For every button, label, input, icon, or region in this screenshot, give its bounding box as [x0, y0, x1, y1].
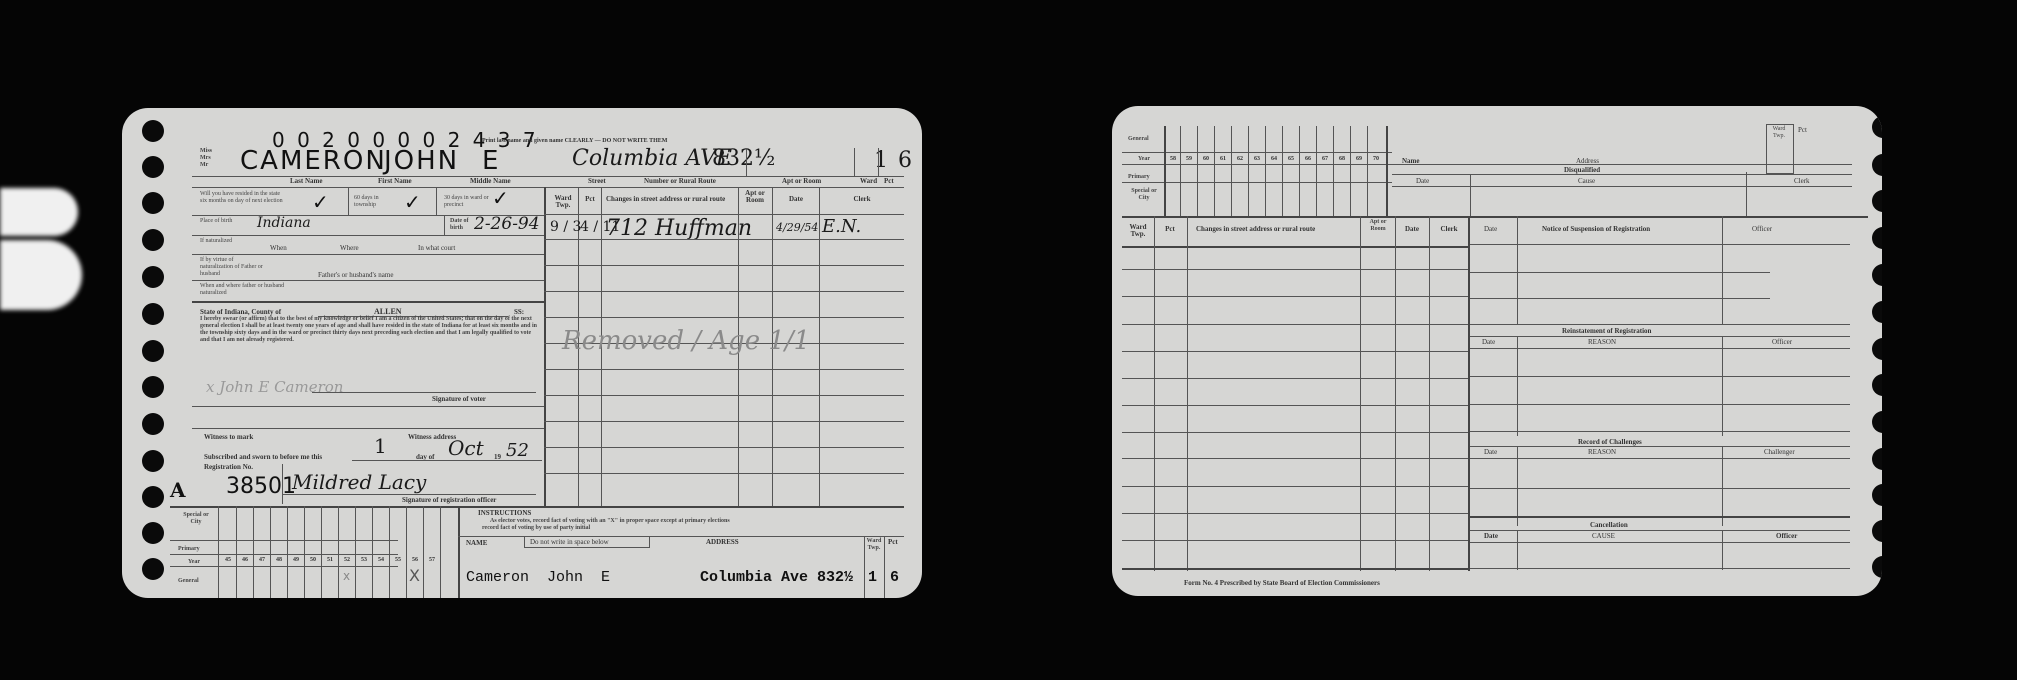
state-county-label: State of Indiana, County of	[200, 309, 281, 316]
changes-header-pct: Pct	[1156, 226, 1184, 233]
changes-header-apt: Apt or Room	[740, 190, 770, 204]
cancellation-cause-label: CAUSE	[1592, 533, 1615, 540]
ward-value: 1	[874, 150, 888, 172]
ss-label: SS:	[514, 309, 524, 316]
removed-annotation: Removed / Age 1/1	[562, 328, 810, 354]
changes-row-ward: 9 / 3	[550, 220, 581, 234]
birthplace-value: Indiana	[257, 216, 311, 230]
general-vote-mark-52: x	[343, 570, 350, 582]
typed-address: Columbia Ave 832½	[700, 570, 853, 585]
header-instruction: Print last name and given name CLEARLY —…	[482, 138, 667, 144]
reinstatement-title: Reinstatement of Registration	[1562, 328, 1651, 335]
reinstatement-reason-label: REASON	[1588, 339, 1616, 346]
officer-signature-label: Signature of registration officer	[402, 497, 496, 504]
changes-header-date: Date	[774, 196, 818, 203]
title-prefix-mr: Mr	[200, 162, 208, 169]
disq-clerk-label: Clerk	[1794, 178, 1810, 185]
reinstatement-date-label: Date	[1482, 339, 1495, 346]
footer-address-label: ADDRESS	[706, 539, 739, 546]
residency-state-label: Will you have resided in the state six m…	[200, 191, 286, 205]
general-vote-mark-56: X	[409, 568, 420, 584]
naturalized-court-label: In what court	[418, 245, 455, 252]
reinstatement-officer-label: Officer	[1772, 339, 1792, 346]
title-prefix-miss: Miss	[200, 148, 212, 155]
middle-name-value: E	[482, 148, 498, 174]
row-label-general: General	[1128, 136, 1149, 143]
number-label: Number or Rural Route	[644, 178, 716, 185]
naturalized-when-label: When	[270, 245, 287, 252]
row-label-year: Year	[1138, 156, 1150, 163]
residency-state-check: ✓	[312, 192, 329, 212]
disq-ward-label: Ward Twp.	[1768, 126, 1790, 140]
row-label-primary: Primary	[1128, 174, 1150, 181]
footer-pct-label: Pct	[888, 539, 898, 546]
instructions-text-2: record fact of voting by use of party in…	[482, 525, 590, 532]
county-value: ALLEN	[374, 308, 402, 316]
residency-township-check: ✓	[404, 192, 421, 212]
instructions-text-1: As elector votes, record fact of voting …	[490, 518, 730, 525]
cancellation-title: Cancellation	[1590, 522, 1628, 529]
disq-cause-label: Cause	[1578, 178, 1595, 185]
subscribed-label: Subscribed and sworn to before me this	[204, 454, 322, 461]
changes-row-clerk: E.N.	[822, 218, 861, 236]
pct-label: Pct	[884, 178, 894, 185]
suspension-title: Notice of Suspension of Registration	[1542, 226, 1650, 233]
disq-pct-label: Pct	[1798, 127, 1807, 134]
first-name-label: First Name	[378, 178, 412, 185]
middle-name-label: Middle Name	[470, 178, 511, 185]
officer-signature: Mildred Lacy	[292, 472, 426, 492]
subscribed-year: 52	[506, 442, 529, 460]
instructions-title: INSTRUCTIONS	[478, 510, 531, 517]
house-number-value: 832½	[712, 148, 775, 170]
adjacent-card-edge-bottom	[0, 240, 82, 310]
changes-header-ward: Ward Twp.	[550, 195, 576, 209]
challenges-challenger-label: Challenger	[1764, 449, 1795, 456]
suspension-date-label: Date	[1484, 226, 1497, 233]
do-not-write-label: Do not write in space below	[530, 539, 609, 546]
apt-room-label: Apt or Room	[782, 178, 821, 185]
changes-header-ward: Ward Twp.	[1124, 224, 1152, 238]
challenges-reason-label: REASON	[1588, 449, 1616, 456]
registration-card-back: General Year Primary Special or City 58 …	[1112, 106, 1882, 596]
changes-header-apt: Apt or Room	[1362, 219, 1394, 233]
last-name-label: Last Name	[290, 178, 322, 185]
birthdate-value: 2-26-94	[474, 216, 540, 233]
naturalized-where-label: Where	[340, 245, 359, 252]
witness-mark-label: Witness to mark	[204, 434, 253, 441]
cancellation-date-label: Date	[1484, 533, 1498, 540]
form-footer: Form No. 4 Prescribed by State Board of …	[1184, 580, 1380, 587]
changes-row-date: 4/29/54	[776, 222, 818, 233]
street-label: Street	[588, 178, 606, 185]
row-label-special: Special or City	[1126, 188, 1162, 202]
ward-label: Ward	[860, 178, 877, 185]
voter-signature-label: Signature of voter	[432, 396, 486, 403]
pct-value: 6	[898, 150, 912, 172]
title-prefix-mrs: Mrs	[200, 155, 211, 162]
changes-header-pct: Pct	[580, 196, 600, 203]
residency-ward-check: ✓	[492, 188, 509, 208]
changes-row-address: 712 Huffman	[606, 218, 752, 240]
naturalized-label: If naturalized	[200, 238, 236, 245]
father-naturalized-label: When and where father or husband natural…	[200, 283, 292, 297]
typed-ward: 1	[868, 570, 877, 585]
adjacent-card-edge-top	[0, 188, 78, 236]
changes-header-clerk: Clerk	[822, 196, 902, 203]
row-label-special: Special or City	[178, 512, 214, 526]
last-name-value: CAMERON	[240, 148, 387, 174]
changes-header-clerk: Clerk	[1430, 226, 1468, 233]
challenges-title: Record of Challenges	[1578, 439, 1642, 446]
footer-name-label: NAME	[466, 540, 487, 547]
cancellation-officer-label: Officer	[1776, 533, 1797, 540]
changes-header-address: Changes in street address or rural route	[606, 196, 725, 203]
registration-card-front: 0 0 2 0 0 0 0 2 4 3 7 Print last name an…	[122, 108, 922, 598]
registration-number-label: Registration No.	[204, 464, 253, 471]
naturalization-by-virtue-label: If by virtue of naturalization of Father…	[200, 257, 264, 278]
suspension-officer-label: Officer	[1752, 226, 1772, 233]
oath-text: I hereby swear (or affirm) that to the b…	[200, 316, 540, 344]
subscribed-month: Oct	[448, 438, 484, 458]
birthplace-label: Place of birth	[200, 218, 234, 225]
changes-header-address: Changes in street address or rural route	[1196, 226, 1315, 233]
residency-township-label: 60 days in township	[354, 195, 400, 209]
subscribed-day: 1	[374, 436, 387, 456]
typed-pct: 6	[890, 570, 899, 585]
row-label-primary: Primary	[178, 546, 200, 553]
challenges-date-label: Date	[1484, 449, 1497, 456]
disq-title: Disqualified	[1564, 167, 1600, 174]
typed-name: Cameron John E	[466, 570, 610, 585]
disq-date-label: Date	[1416, 178, 1429, 185]
changes-header-date: Date	[1396, 226, 1428, 233]
registration-letter: A	[170, 480, 186, 500]
row-label-general: General	[178, 578, 199, 585]
row-label-year: Year	[188, 559, 200, 566]
footer-ward-label: Ward Twp.	[864, 538, 884, 552]
first-name-value: JOHN	[384, 148, 459, 174]
street-value: Columbia AVE	[572, 148, 732, 170]
fathers-name-label: Father's or husband's name	[318, 272, 393, 279]
